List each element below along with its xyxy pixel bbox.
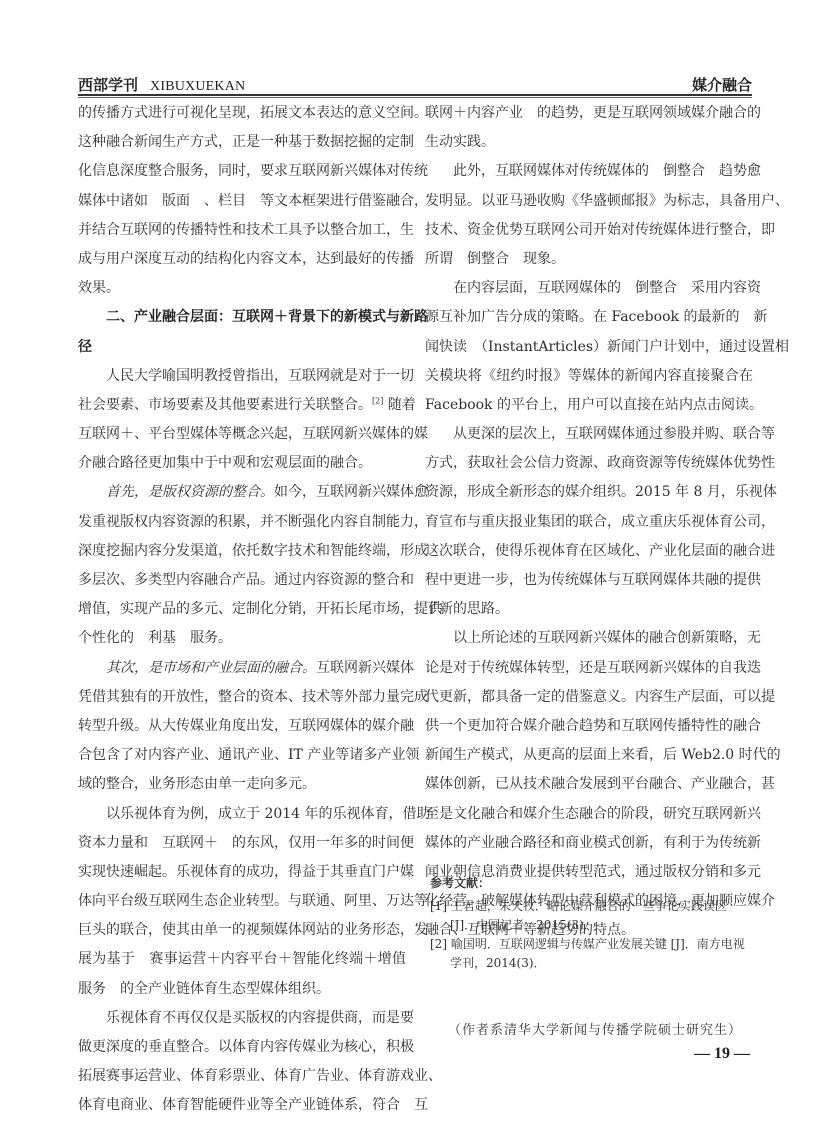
text-line: 体向平台级互联网生态企业转型。与联通、阿里、万达等 bbox=[78, 887, 406, 916]
text-line: 媒体创新，已从技术融合发展到平台融合、产业融合，甚 bbox=[425, 770, 753, 799]
text-line: 这次联合，使得乐视体育在区域化、产业化层面的融合进 bbox=[425, 537, 753, 566]
text-line: 增值，实现产品的多元、定制化分销，开拓长尾市场，提供 bbox=[78, 595, 406, 624]
text-line: 媒体的产业融合路径和商业模式创新，有利于为传统新 bbox=[425, 829, 753, 858]
section-title: 媒介融合 bbox=[692, 74, 752, 95]
text-line-emphasis: 其次，是市场和产业层面的融合。互联网新兴媒体 bbox=[78, 654, 406, 683]
text-line: 体育电商业、体育智能硬件业等全产业链体系，符合 互 bbox=[78, 1091, 406, 1120]
text-line: 拓展赛事运营业、体育彩票业、体育广告业、体育游戏业、 bbox=[78, 1062, 406, 1091]
text-line: 论是对于传统媒体转型，还是互联网新兴媒体的自我迭 bbox=[425, 654, 753, 683]
text-line: 深度挖掘内容分发渠道，依托数字技术和智能终端，形成 bbox=[78, 537, 406, 566]
text-line: 闻快读 （InstantArticles）新闻门户计划中，通过设置相 bbox=[425, 333, 753, 362]
text-line: 代更新，都具备一定的借鉴意义。内容生产层面，可以提 bbox=[425, 683, 753, 712]
author-note: （作者系清华大学新闻与传播学院硕士研究生） bbox=[448, 1019, 742, 1038]
text-segment: 互联网新兴媒体 bbox=[316, 660, 414, 676]
references: 参考文献： [1] 王君超，朱天牧．略论媒介融合的一些争论实践误区 [J]．中国… bbox=[430, 874, 752, 973]
text-line: 资源，形成全新形态的媒介组织。2015 年 8 月，乐视体 bbox=[425, 478, 753, 507]
running-header: 西部学刊XIBUXUEKAN 媒介融合 bbox=[78, 72, 752, 94]
text-line: 发明显。以亚马逊收购《华盛顿邮报》为标志，具备用户、 bbox=[425, 187, 753, 216]
text-line: 关模块将《纽约时报》等媒体的新闻内容直接聚合在 bbox=[425, 362, 753, 391]
header-rule-thick bbox=[78, 94, 752, 96]
text-line: 介融合路径更加集中于中观和宏观层面的融合。 bbox=[78, 449, 406, 478]
text-segment: 随着 bbox=[383, 397, 415, 413]
journal-name-cn: 西部学刊 bbox=[78, 76, 138, 94]
text-line-emphasis: 首先，是版权资源的整合。如今，互联网新兴媒体愈 bbox=[78, 478, 406, 507]
text-segment: 社会要素、市场要素及其他要素进行关联整合。 bbox=[78, 397, 372, 413]
text-line: 以乐视体育为例，成立于 2014 年的乐视体育，借助 bbox=[78, 800, 406, 829]
journal-name-en: XIBUXUEKAN bbox=[150, 79, 245, 94]
text-line: 合包含了对内容产业、通讯产业、IT 产业等诸多产业领 bbox=[78, 741, 406, 770]
text-line: 互联网＋、平台型媒体等概念兴起，互联网新兴媒体的媒 bbox=[78, 420, 406, 449]
text-line: 至是文化融合和媒介生态融合的阶段，研究互联网新兴 bbox=[425, 800, 753, 829]
text-line: 转型升级。从大传媒业角度出发，互联网媒体的媒介融 bbox=[78, 712, 406, 741]
text-line: 化信息深度整合服务，同时，要求互联网新兴媒体对传统 bbox=[78, 157, 406, 186]
text-line: 多层次、多类型内容融合产品。通过内容资源的整合和 bbox=[78, 566, 406, 595]
text-line: 这种融合新闻生产方式，正是一种基于数据挖掘的定制 bbox=[78, 128, 406, 157]
section-heading-cont: 径 bbox=[78, 333, 406, 362]
text-line: 技术、资金优势互联网公司开始对传统媒体进行整合，即 bbox=[425, 216, 753, 245]
text-line: 个性化的 利基 服务。 bbox=[78, 624, 406, 653]
text-segment: 如今，互联网新兴媒体愈 bbox=[274, 484, 428, 500]
text-line: 做更深度的垂直整合。以体育内容传媒业为核心，积极 bbox=[78, 1033, 406, 1062]
text-line: 发重视版权内容资源的积累，并不断强化内容自制能力， bbox=[78, 508, 406, 537]
text-line: 实现快速崛起。乐视体育的成功，得益于其垂直门户媒 bbox=[78, 858, 406, 887]
text-line: 育宣布与重庆报业集团的联合，成立重庆乐视体育公司， bbox=[425, 508, 753, 537]
text-line: 所谓 倒整合 现象。 bbox=[425, 245, 753, 274]
section-heading: 二、产业融合层面：互联网＋背景下的新模式与新路 bbox=[78, 303, 406, 332]
right-column: 联网＋内容产业 的趋势，更是互联网领域媒介融合的 生动实践。 此外，互联网媒体对… bbox=[425, 99, 753, 945]
text-line: 巨头的联合，使其由单一的视频媒体网站的业务形态，发 bbox=[78, 916, 406, 945]
header-rule-thin bbox=[78, 97, 752, 98]
text-line: 在内容层面，互联网媒体的 倒整合 采用内容资 bbox=[425, 274, 753, 303]
text-line: 域的整合，业务形态由单一走向多元。 bbox=[78, 770, 406, 799]
text-line: 效果。 bbox=[78, 274, 406, 303]
text-line: 了新的思路。 bbox=[425, 595, 753, 624]
text-line-with-citation: 社会要素、市场要素及其他要素进行关联整合。[2] 随着 bbox=[78, 391, 406, 420]
text-line: 新闻生产模式，从更高的层面上来看，后 Web2.0 时代的 bbox=[425, 741, 753, 770]
text-line: 并结合互联网的传播特性和技术工具予以整合加工，生 bbox=[78, 216, 406, 245]
text-line: 资本力量和 互联网＋ 的东风，仅用一年多的时间便 bbox=[78, 829, 406, 858]
emphasis-lead: 首先，是版权资源的整合。 bbox=[106, 484, 274, 500]
text-line: 展为基于 赛事运营＋内容平台＋智能化终端＋增值 bbox=[78, 945, 406, 974]
text-line: 媒体中诸如 版面 、栏目 等文本框架进行借鉴融合， bbox=[78, 187, 406, 216]
left-column: 的传播方式进行可视化呈现，拓展文本表达的意义空间。 这种融合新闻生产方式，正是一… bbox=[78, 99, 406, 1121]
journal-name: 西部学刊XIBUXUEKAN bbox=[78, 74, 245, 95]
emphasis-lead: 其次，是市场和产业层面的融合。 bbox=[106, 660, 316, 676]
text-line: 供一个更加符合媒介融合趋势和互联网传播特性的融合 bbox=[425, 712, 753, 741]
text-line: 此外，互联网媒体对传统媒体的 倒整合 趋势愈 bbox=[425, 157, 753, 186]
references-title: 参考文献： bbox=[430, 874, 752, 893]
reference-item: [1] 王君超，朱天牧．略论媒介融合的一些争论实践误区 [J]．中国记者，201… bbox=[430, 897, 752, 935]
text-line: 成与用户深度互动的结构化内容文本，达到最好的传播 bbox=[78, 245, 406, 274]
text-line: 联网＋内容产业 的趋势，更是互联网领域媒介融合的 bbox=[425, 99, 753, 128]
text-line: 生动实践。 bbox=[425, 128, 753, 157]
text-line: 源互补加广告分成的策略。在 Facebook 的最新的 新 bbox=[425, 303, 753, 332]
text-line: 以上所论述的互联网新兴媒体的融合创新策略，无 bbox=[425, 624, 753, 653]
text-line: 从更深的层次上，互联网媒体通过参股并购、联合等 bbox=[425, 420, 753, 449]
text-line: 人民大学喻国明教授曾指出，互联网就是对于一切 bbox=[78, 362, 406, 391]
citation-marker: [2] bbox=[372, 396, 383, 405]
text-line: 程中更进一步，也为传统媒体与互联网媒体共融的提供 bbox=[425, 566, 753, 595]
text-line: 的传播方式进行可视化呈现，拓展文本表达的意义空间。 bbox=[78, 99, 406, 128]
text-line: 凭借其独有的开放性，整合的资本、技术等外部力量完成 bbox=[78, 683, 406, 712]
page-number: — 19 — bbox=[694, 1045, 750, 1063]
text-line: 乐视体育不再仅仅是买版权的内容提供商，而是要 bbox=[78, 1004, 406, 1033]
text-line: 方式，获取社会公信力资源、政商资源等传统媒体优势性 bbox=[425, 449, 753, 478]
text-line: 服务 的全产业链体育生态型媒体组织。 bbox=[78, 975, 406, 1004]
text-line: Facebook 的平台上，用户可以直接在站内点击阅读。 bbox=[425, 391, 753, 420]
reference-item: [2] 喻国明．互联网逻辑与传媒产业发展关键 [J]．南方电视学刊，2014(3… bbox=[430, 935, 752, 973]
